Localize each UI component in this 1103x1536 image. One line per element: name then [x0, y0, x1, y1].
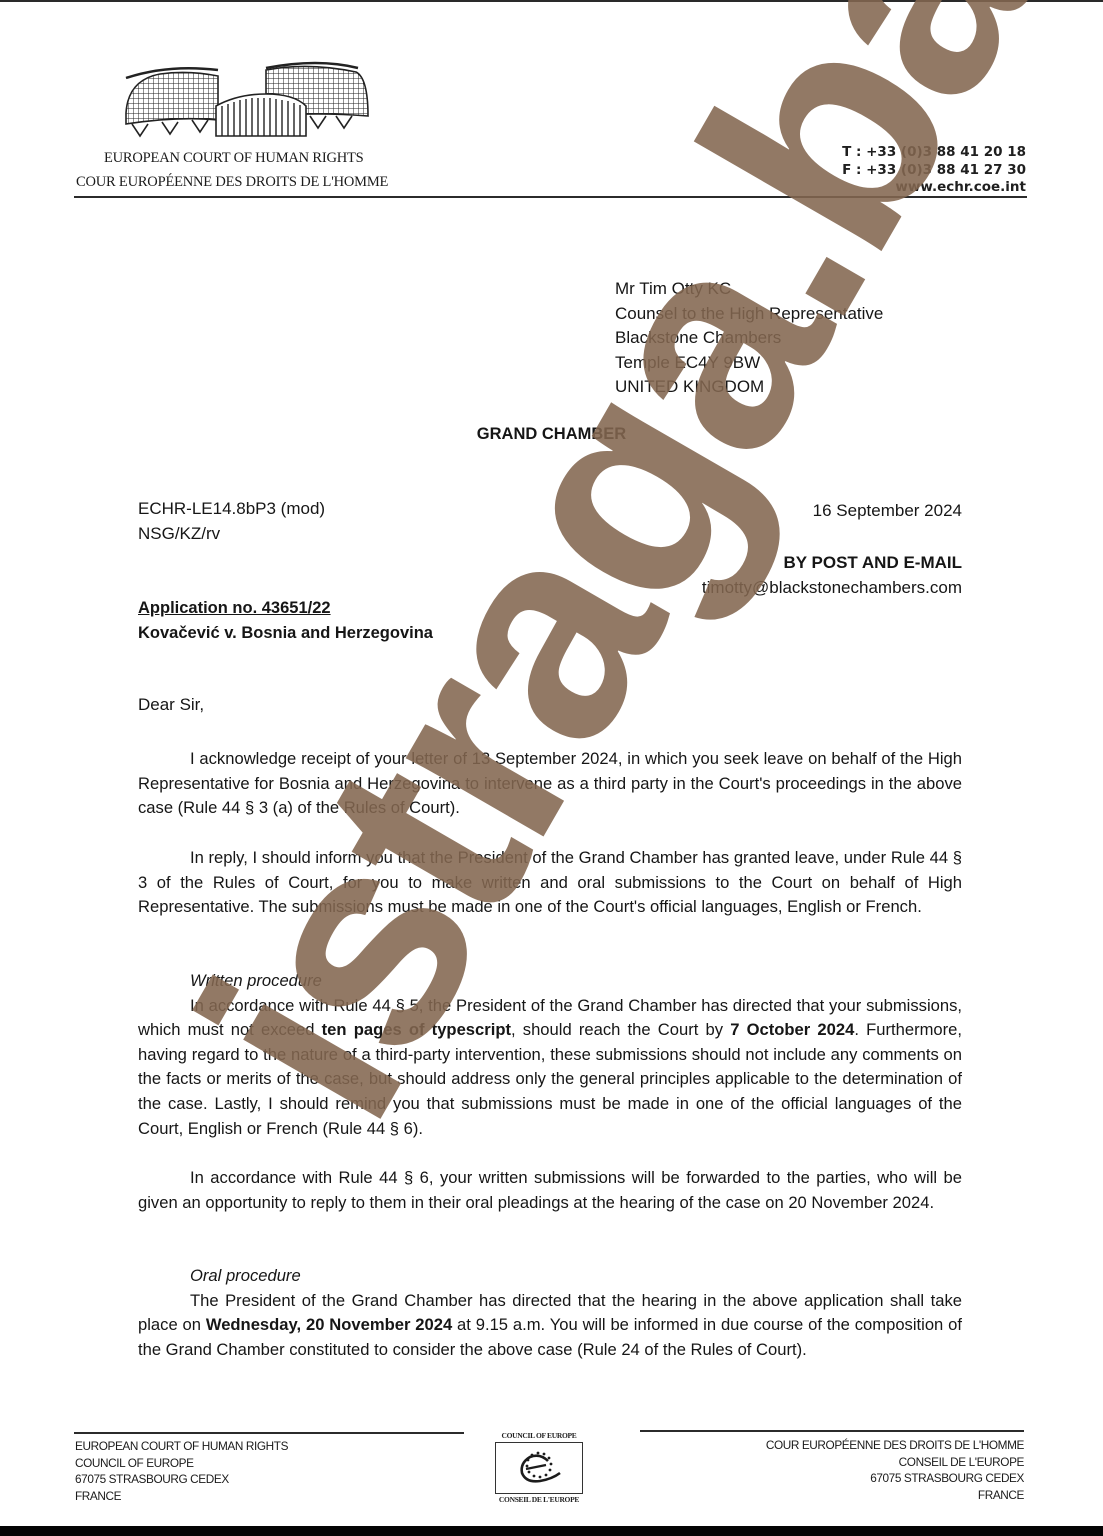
greeting: Dear Sir,	[138, 695, 204, 715]
footer-line: CONSEIL DE L'EUROPE	[766, 1454, 1024, 1471]
court-building-logo-icon	[118, 58, 378, 142]
letter-date: 16 September 2024	[813, 501, 962, 521]
paragraph-forwarding: In accordance with Rule 44 § 6, your wri…	[138, 1166, 962, 1215]
addressee-block: Mr Tim Otty KC Counsel to the High Repre…	[615, 277, 883, 400]
reference-code: ECHR-LE14.8bP3 (mod)	[138, 497, 325, 522]
paragraph-leave-granted: In reply, I should inform you that the P…	[138, 846, 962, 920]
addressee-organisation: Blackstone Chambers	[615, 326, 883, 351]
fax-number: F : +33 (0)3 88 41 27 30	[842, 162, 1026, 180]
paragraph-text: In reply, I should inform you that the P…	[138, 846, 962, 920]
coe-label-french: CONSEIL DE L'EUROPE	[492, 1495, 586, 1504]
footer-address-french: COUR EUROPÉENNE DES DROITS DE L'HOMME CO…	[766, 1437, 1024, 1503]
hearing-date: Wednesday, 20 November 2024	[206, 1315, 452, 1334]
header-divider	[74, 196, 1027, 198]
top-border	[0, 0, 1103, 2]
addressee-title: Counsel to the High Representative	[615, 302, 883, 327]
chamber-heading: GRAND CHAMBER	[0, 425, 1103, 444]
oral-procedure-heading: Oral procedure	[190, 1264, 962, 1289]
council-of-europe-logo-icon	[495, 1442, 583, 1494]
section-written-procedure: Written procedure In accordance with Rul…	[138, 969, 962, 1141]
footer-address-english: EUROPEAN COURT OF HUMAN RIGHTS COUNCIL O…	[75, 1438, 288, 1504]
court-name-english: EUROPEAN COURT OF HUMAN RIGHTS	[104, 150, 364, 167]
coe-label-english: COUNCIL OF EUROPE	[492, 1431, 586, 1440]
written-procedure-heading: Written procedure	[190, 969, 962, 994]
section-oral-procedure: Oral procedure The President of the Gran…	[138, 1264, 962, 1362]
court-name-french: COUR EUROPÉENNE DES DROITS DE L'HOMME	[76, 174, 388, 191]
written-procedure-text: In accordance with Rule 44 § 5, the Pres…	[138, 994, 962, 1142]
application-block: Application no. 43651/22 Kovačević v. Bo…	[138, 596, 433, 646]
footer-divider-left	[74, 1432, 464, 1434]
paragraph-text: I acknowledge receipt of your letter of …	[138, 747, 962, 821]
footer-line: EUROPEAN COURT OF HUMAN RIGHTS	[75, 1438, 288, 1455]
bottom-border	[0, 1526, 1103, 1536]
paragraph-text: In accordance with Rule 44 § 6, your wri…	[138, 1166, 962, 1215]
application-number: Application no. 43651/22	[138, 596, 433, 621]
footer-line: 67075 STRASBOURG CEDEX	[766, 1470, 1024, 1487]
addressee-country: UNITED KINGDOM	[615, 375, 883, 400]
footer-line: COUNCIL OF EUROPE	[75, 1455, 288, 1472]
submission-deadline: 7 October 2024	[730, 1020, 854, 1039]
case-title: Kovačević v. Bosnia and Herzegovina	[138, 621, 433, 646]
page-limit: ten pages of typescript	[322, 1020, 511, 1039]
addressee-postcode: Temple EC4Y 9BW	[615, 351, 883, 376]
footer-divider-right	[640, 1430, 1024, 1432]
text-run: , should reach the Court by	[511, 1020, 730, 1039]
recipient-email[interactable]: timotty@blackstonechambers.com	[702, 576, 962, 601]
reference-initials: NSG/KZ/rv	[138, 522, 325, 547]
reference-block: ECHR-LE14.8bP3 (mod) NSG/KZ/rv	[138, 497, 325, 546]
addressee-name: Mr Tim Otty KC	[615, 277, 883, 302]
delivery-method: BY POST AND E-MAIL	[702, 551, 962, 576]
website-link[interactable]: www.echr.coe.int	[842, 179, 1026, 197]
contact-info: T : +33 (0)3 88 41 20 18 F : +33 (0)3 88…	[842, 144, 1026, 197]
phone-number: T : +33 (0)3 88 41 20 18	[842, 144, 1026, 162]
oral-procedure-text: The President of the Grand Chamber has d…	[138, 1289, 962, 1363]
footer-line: 67075 STRASBOURG CEDEX	[75, 1471, 288, 1488]
footer-line: FRANCE	[766, 1487, 1024, 1504]
footer-line: COUR EUROPÉENNE DES DROITS DE L'HOMME	[766, 1437, 1024, 1454]
paragraph-acknowledgement: I acknowledge receipt of your letter of …	[138, 747, 962, 821]
delivery-block: BY POST AND E-MAIL timotty@blackstonecha…	[702, 551, 962, 600]
footer-line: FRANCE	[75, 1488, 288, 1505]
